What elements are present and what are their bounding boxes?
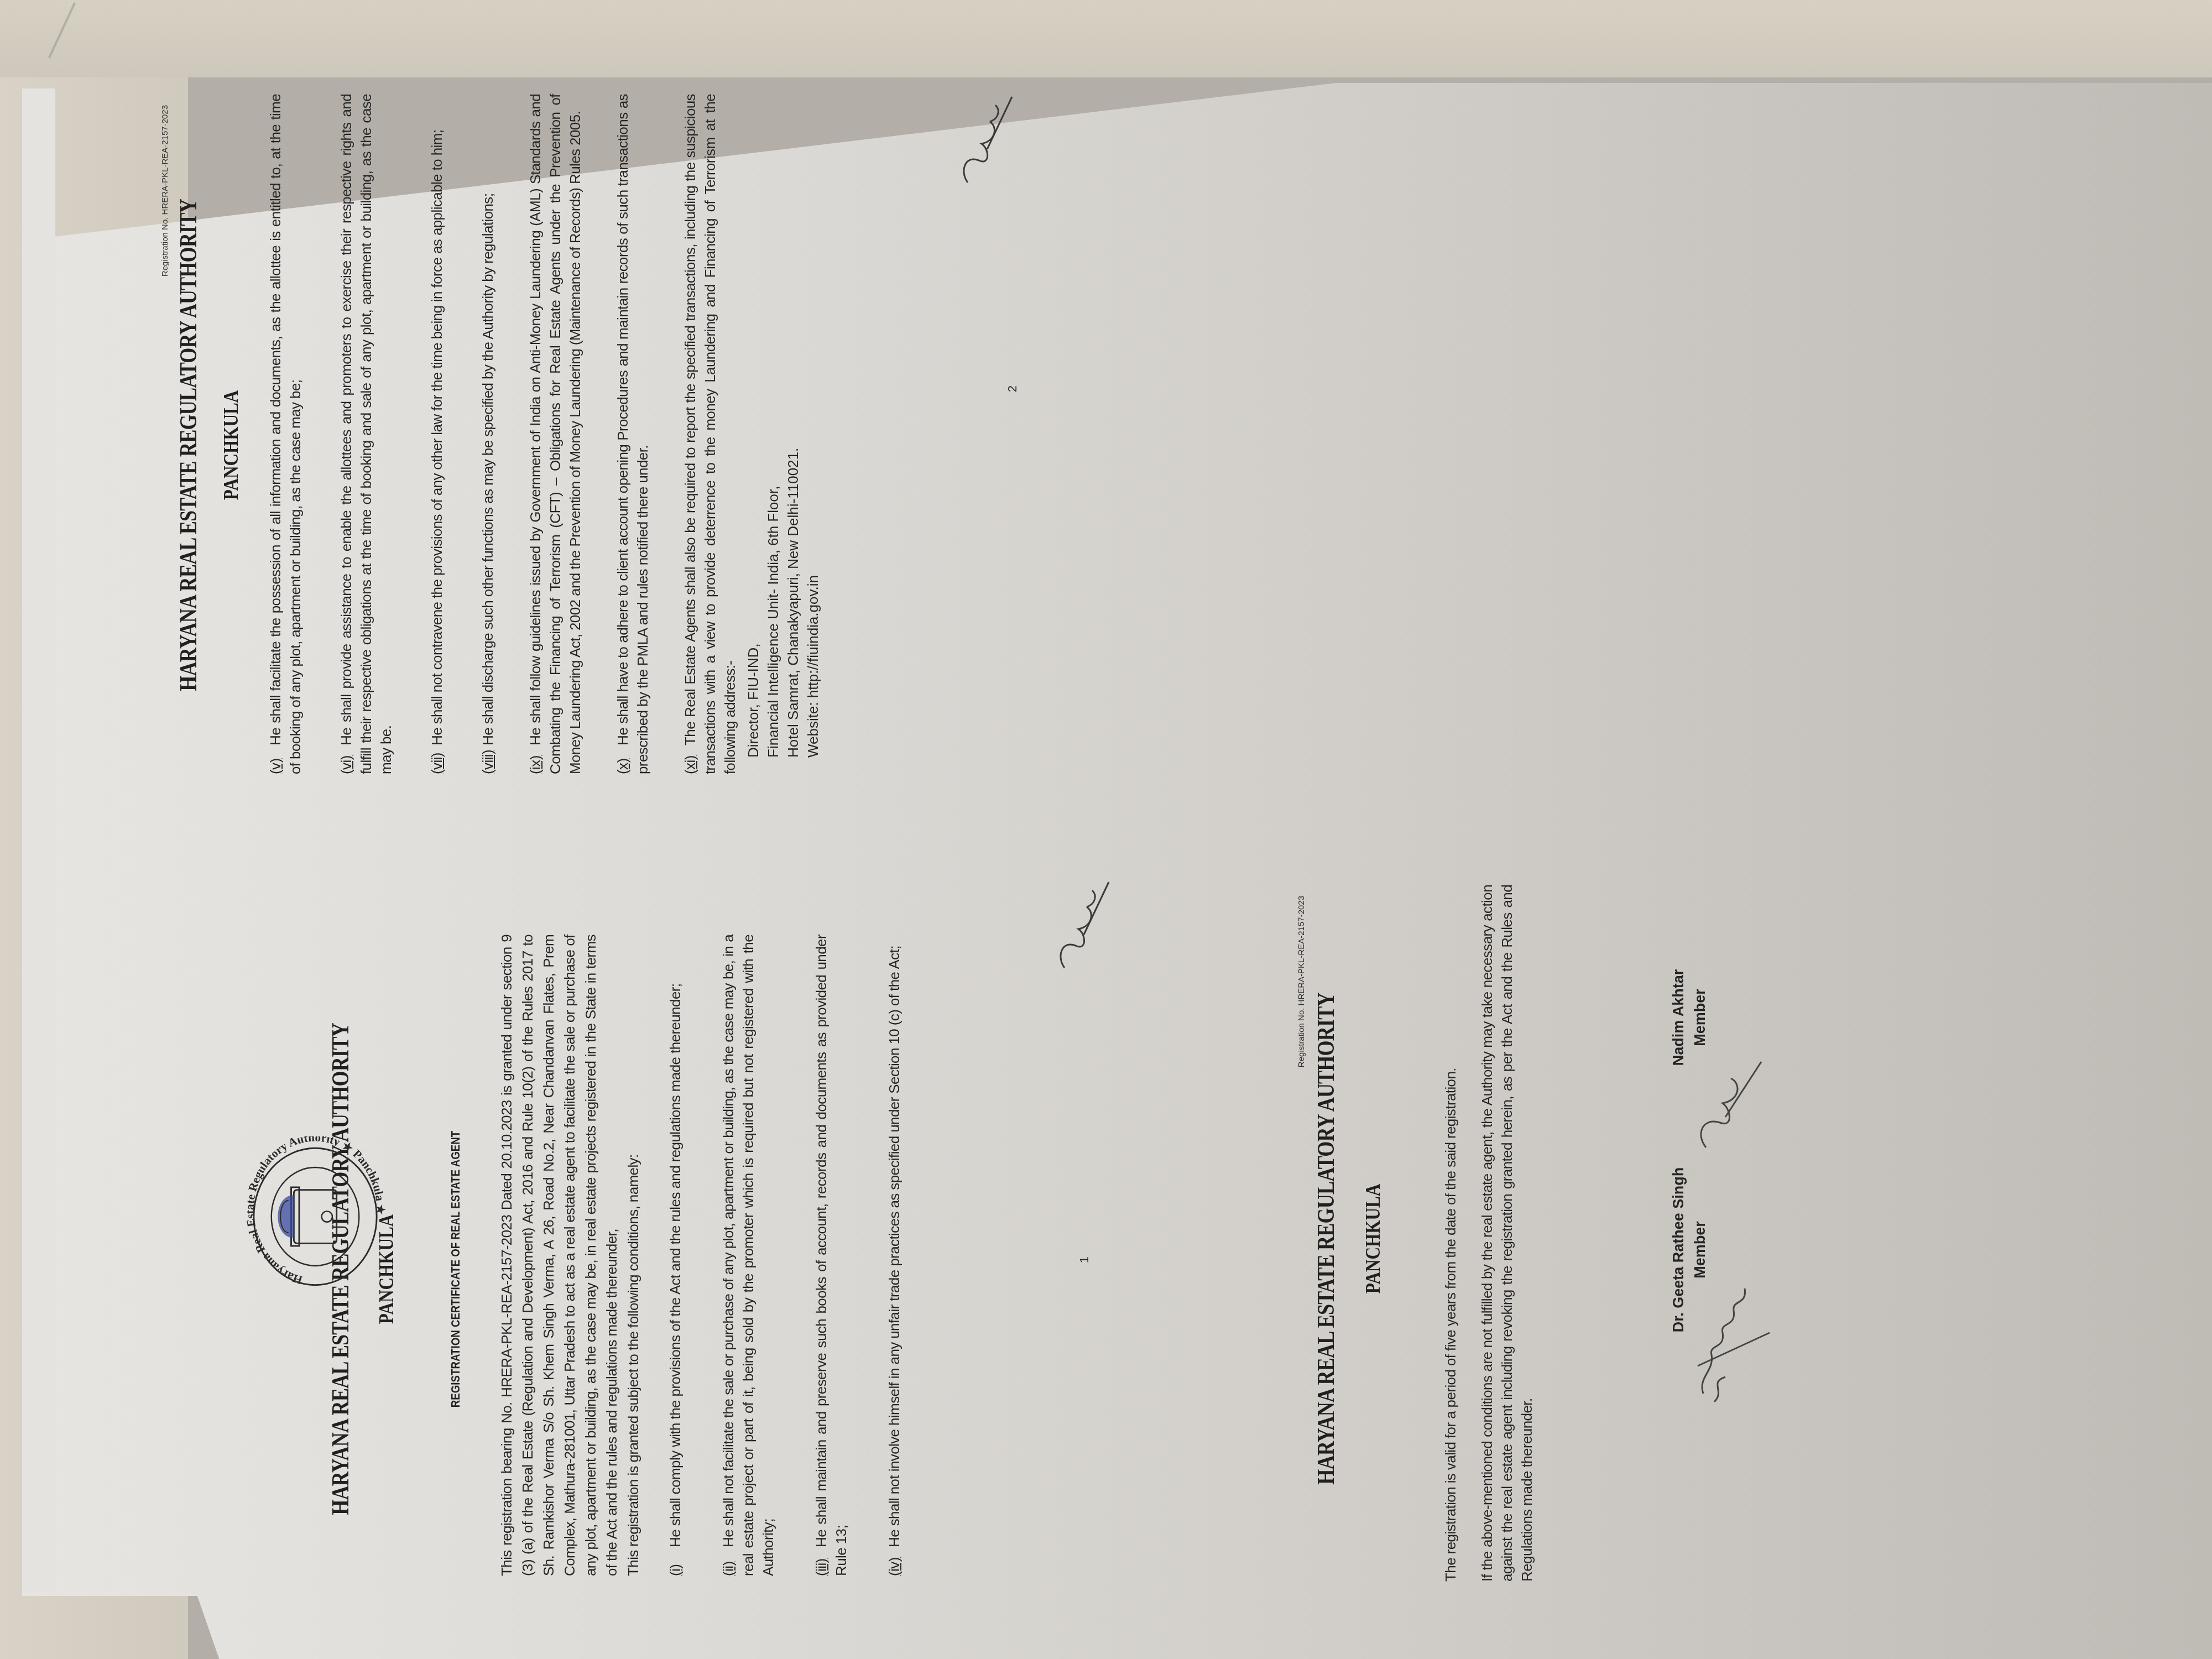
signatory-name: Dr. Geeta Rathee Singh: [1670, 1156, 1687, 1344]
certificate-title: REGISTRATION CERTIFICATE OF REAL ESTATE …: [448, 957, 463, 1582]
signatory-name: Nadim Akhtar: [1670, 951, 1687, 1084]
page-2: Registration No. HRERA-PKL-REA-2157-2023…: [160, 72, 823, 818]
city-heading: PANCHKULA: [219, 139, 243, 752]
intro-paragraph: This registration bearing No. HRERA-PKL-…: [496, 935, 622, 1576]
authority-seal-icon: Haryana Real Estate Regulatory Authority…: [235, 1136, 395, 1297]
authority-heading: HARYANA REAL ESTATE REGULATORY AUTHORITY: [1312, 930, 1340, 1547]
condition-item: (vi)He shall provide assistance to enabl…: [336, 94, 396, 774]
condition-item: (v)He shall facilitate the possession of…: [265, 94, 305, 774]
page1-body: This registration bearing No. HRERA-PKL-…: [496, 901, 904, 1637]
fiu-address: Director, FIU-IND, Financial Intelligenc…: [743, 94, 823, 774]
signature-initials-icon: [957, 88, 1018, 194]
conditions-list-page2: (v)He shall facilitate the possession of…: [265, 72, 823, 818]
condition-item: (viii)He shall discharge such other func…: [478, 94, 498, 774]
signature-nadim-icon: [1692, 1051, 1770, 1161]
condition-item: (ii)He shall not facilitate the sale or …: [718, 935, 778, 1576]
page-number-2: 2: [1005, 385, 1020, 392]
paper-surface-left: [22, 88, 55, 1593]
condition-item: (i)He shall comply with the provisions o…: [665, 935, 685, 1576]
condition-item: (vii)He shall not contravene the provisi…: [427, 94, 447, 774]
revocation-paragraph: If the above-mentioned conditions are no…: [1477, 885, 1537, 1582]
page-number-1: 1: [1077, 1256, 1092, 1263]
page3-body: The registration is valid for a period o…: [1441, 863, 1537, 1615]
svg-text:Haryana Real Estate Regulatory: Haryana Real Estate Regulatory Authority…: [243, 1136, 387, 1287]
condition-item: (iii)He shall maintain and preserve such…: [811, 935, 851, 1576]
authority-heading: HARYANA REAL ESTATE REGULATORY AUTHORITY: [174, 139, 202, 752]
condition-item: (ix)He shall follow guidelines issued by…: [525, 94, 585, 774]
background-surface-top: [0, 0, 2212, 77]
city-heading: PANCHKULA: [1361, 930, 1385, 1547]
condition-item: (xi)The Real Estate Agents shall also be…: [680, 94, 740, 774]
condition-item: (iv)He shall not involve himself in any …: [884, 935, 904, 1576]
signature-geeta-icon: [1692, 1266, 1775, 1410]
registration-number: Registration No. HRERA-PKL-REA-2157-2023: [160, 72, 170, 818]
signature-initials-icon: [1053, 874, 1114, 979]
condition-item: (x)He shall have to adhere to client acc…: [613, 94, 653, 774]
validity-paragraph: The registration is valid for a period o…: [1441, 885, 1460, 1582]
subject-line: This registration is granted subject to …: [623, 935, 643, 1576]
registration-number: Registration No. HRERA-PKL-REA-2157-2023: [1297, 863, 1306, 1615]
page-3: Registration No. HRERA-PKL-REA-2157-2023…: [1297, 863, 1537, 1615]
